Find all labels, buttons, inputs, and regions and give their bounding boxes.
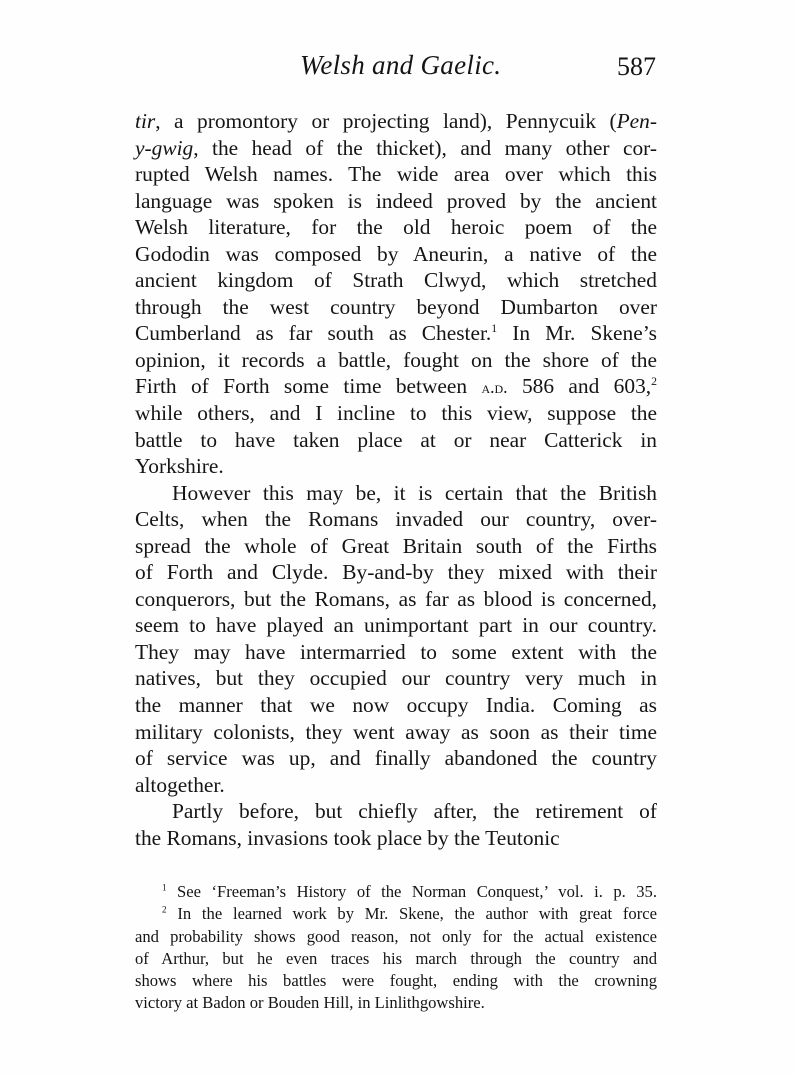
body-text: In Mr. Skene’s: [497, 321, 657, 345]
body-line: altogether.: [135, 772, 657, 799]
body-line: ancient kingdom of Strath Clwyd, which s…: [135, 267, 657, 294]
body-text: seem to have played an unimportant part …: [135, 613, 657, 637]
body-text: y-gwig: [135, 136, 193, 160]
body-text: opinion, it records a battle, fought on …: [135, 348, 657, 372]
footnote-text: shows where his battles were fought, end…: [135, 971, 657, 990]
body-line: military colonists, they went away as so…: [135, 719, 657, 746]
body-line: They may have intermarried to some exten…: [135, 639, 657, 666]
body-text: through the west country beyond Dumbarto…: [135, 295, 657, 319]
body-text: language was spoken is indeed proved by …: [135, 189, 657, 213]
body-text: rupted Welsh names. The wide area over w…: [135, 162, 657, 186]
body-line: Cumberland as far south as Chester.1 In …: [135, 320, 657, 347]
body-text: battle to have taken place at or near Ca…: [135, 428, 657, 452]
body-line: opinion, it records a battle, fought on …: [135, 347, 657, 374]
footnote-line: of Arthur, but he even traces his march …: [135, 948, 657, 970]
page-number: 587: [617, 52, 656, 82]
footnotes: 1 See ‘Freeman’s History of the Norman C…: [135, 881, 657, 1015]
body-line: y-gwig, the head of the thicket), and ma…: [135, 135, 657, 162]
body-line: rupted Welsh names. The wide area over w…: [135, 161, 657, 188]
body-text: Cumberland as far south as Chester.: [135, 321, 491, 345]
footnote-text: See ‘Freeman’s History of the Norman Con…: [167, 882, 657, 901]
footnote-marker: 2: [651, 375, 657, 388]
body-text: Pen-: [617, 109, 657, 133]
body-text: tir, a promontory or projecting land), P…: [135, 108, 657, 851]
body-text: spread the whole of Great Britain south …: [135, 534, 657, 558]
book-page: Welsh and Gaelic. 587 tir, a promontory …: [0, 0, 795, 1075]
body-line: tir, a promontory or projecting land), P…: [135, 108, 657, 135]
body-text: of service was up, and finally abandoned…: [135, 746, 657, 770]
body-line: while others, and I incline to this view…: [135, 400, 657, 427]
body-text: Yorkshire.: [135, 454, 224, 478]
body-line: Yorkshire.: [135, 453, 657, 480]
body-line: Celts, when the Romans invaded our count…: [135, 506, 657, 533]
body-text: natives, but they occupied our country v…: [135, 666, 657, 690]
body-line: spread the whole of Great Britain south …: [135, 533, 657, 560]
body-text: Partly before, but chiefly after, the re…: [172, 799, 657, 823]
footnote-text: of Arthur, but he even traces his march …: [135, 949, 657, 968]
body-line: Welsh literature, for the old heroic poe…: [135, 214, 657, 241]
footnote-line: victory at Badon or Bouden Hill, in Linl…: [135, 992, 657, 1014]
body-text: altogether.: [135, 773, 225, 797]
body-line: seem to have played an unimportant part …: [135, 612, 657, 639]
body-text: the Romans, invasions took place by the …: [135, 826, 560, 850]
body-text: Firth of Forth some time between: [135, 374, 481, 398]
body-text: Welsh literature, for the old heroic poe…: [135, 215, 657, 239]
footnote-text: In the learned work by Mr. Skene, the au…: [167, 904, 657, 923]
body-text: ancient kingdom of Strath Clwyd, which s…: [135, 268, 657, 292]
body-line: the Romans, invasions took place by the …: [135, 825, 657, 852]
body-line: through the west country beyond Dumbarto…: [135, 294, 657, 321]
footnote-line: 1 See ‘Freeman’s History of the Norman C…: [135, 881, 657, 903]
footnote-text: victory at Badon or Bouden Hill, in Linl…: [135, 993, 485, 1012]
body-text: Gododin was composed by Aneurin, a nativ…: [135, 242, 657, 266]
body-line: However this may be, it is certain that …: [135, 480, 657, 507]
body-text: tir: [135, 109, 155, 133]
body-text: military colonists, they went away as so…: [135, 720, 657, 744]
body-text: Celts, when the Romans invaded our count…: [135, 507, 657, 531]
body-line: the manner that we now occupy India. Com…: [135, 692, 657, 719]
footnote-line: shows where his battles were fought, end…: [135, 970, 657, 992]
body-line: Gododin was composed by Aneurin, a nativ…: [135, 241, 657, 268]
body-line: Partly before, but chiefly after, the re…: [135, 798, 657, 825]
body-line: language was spoken is indeed proved by …: [135, 188, 657, 215]
footnote-line: and probability shows good reason, not o…: [135, 926, 657, 948]
footnote-text: and probability shows good reason, not o…: [135, 927, 657, 946]
body-text: , the head of the thicket), and many oth…: [193, 136, 657, 160]
body-text: of Forth and Clyde. By-and-by they mixed…: [135, 560, 657, 584]
body-text: However this may be, it is certain that …: [172, 481, 657, 505]
body-text: , a promontory or projecting land), Penn…: [155, 109, 616, 133]
footnote-line: 2 In the learned work by Mr. Skene, the …: [135, 903, 657, 925]
body-line: of service was up, and finally abandoned…: [135, 745, 657, 772]
body-text: the manner that we now occupy India. Com…: [135, 693, 657, 717]
body-line: battle to have taken place at or near Ca…: [135, 427, 657, 454]
body-text: 586 and 603,: [508, 374, 652, 398]
body-line: conquerors, but the Romans, as far as bl…: [135, 586, 657, 613]
body-text: while others, and I incline to this view…: [135, 401, 657, 425]
body-text: conquerors, but the Romans, as far as bl…: [135, 587, 657, 611]
body-line: natives, but they occupied our country v…: [135, 665, 657, 692]
body-line: of Forth and Clyde. By-and-by they mixed…: [135, 559, 657, 586]
running-title: Welsh and Gaelic.: [300, 50, 501, 81]
body-line: Firth of Forth some time between a.d. 58…: [135, 373, 657, 400]
body-text: They may have intermarried to some exten…: [135, 640, 657, 664]
body-text: a.d.: [481, 377, 507, 397]
